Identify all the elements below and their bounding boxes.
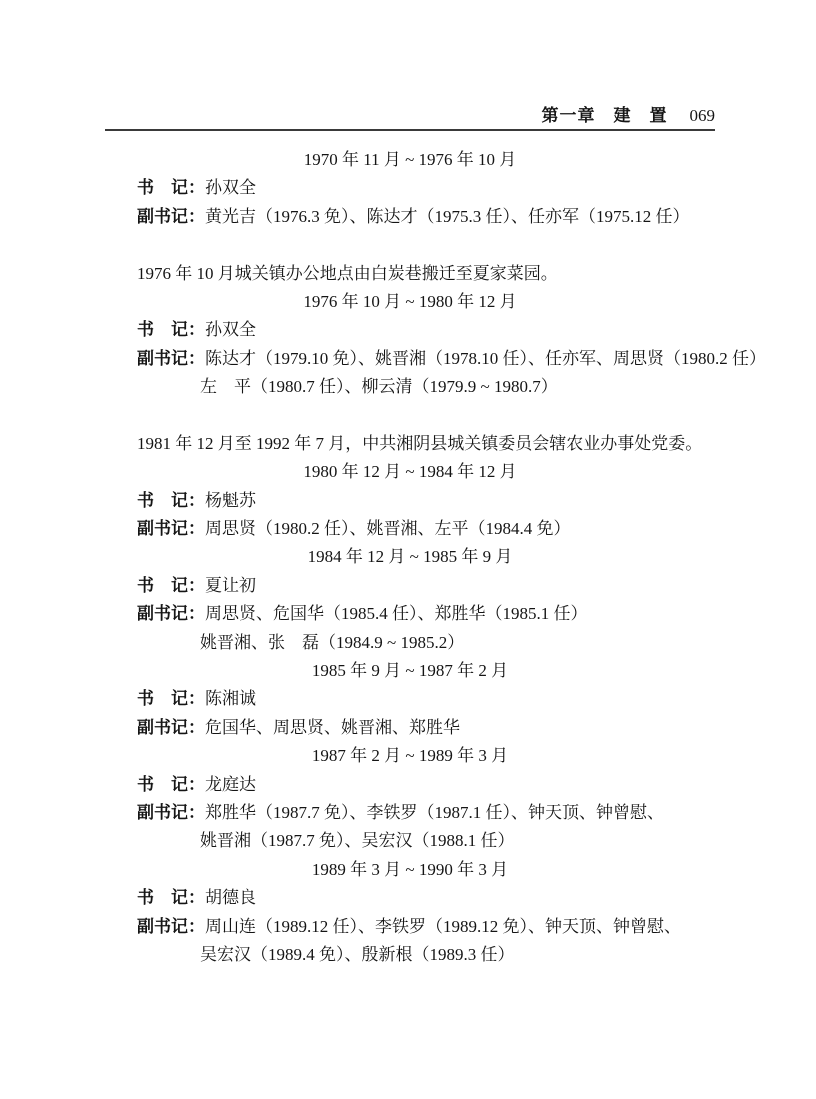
role-line: 副书记：周思贤、危国华（1985.4 任）、郑胜华（1985.1 任）	[105, 600, 715, 628]
role-line: 书 记：杨魁苏	[105, 487, 715, 515]
note-paragraph: 1976 年 10 月城关镇办公地点由白炭巷搬迁至夏家菜园。	[105, 260, 715, 288]
role-names: 周思贤（1980.2 任）、姚晋湘、左平（1984.4 免）	[205, 519, 571, 538]
continuation-line: 姚晋湘、张 磊（1984.9 ~ 1985.2）	[105, 629, 715, 657]
role-names: 陈湘诚	[205, 689, 256, 708]
role-line: 书 记：孙双全	[105, 174, 715, 202]
page-number: 069	[690, 106, 716, 126]
running-header: 第一章 建 置 069	[105, 0, 715, 131]
role-line: 副书记：陈达才（1979.10 免）、姚晋湘（1978.10 任）、任亦军、周思…	[105, 345, 715, 373]
page-body: 1970 年 11 月 ~ 1976 年 10 月书 记：孙双全副书记：黄光吉（…	[105, 146, 715, 969]
role-label: 书 记：	[137, 491, 205, 510]
role-names: 杨魁苏	[205, 491, 256, 510]
role-names: 周山连（1989.12 任）、李铁罗（1989.12 免）、钟天顶、钟曾慰、	[205, 917, 681, 936]
role-names: 孙双全	[205, 178, 256, 197]
period-heading: 1987 年 2 月 ~ 1989 年 3 月	[105, 742, 715, 770]
role-line: 副书记：危国华、周思贤、姚晋湘、郑胜华	[105, 714, 715, 742]
role-line: 书 记：陈湘诚	[105, 685, 715, 713]
period-heading: 1976 年 10 月 ~ 1980 年 12 月	[105, 288, 715, 316]
period-heading: 1984 年 12 月 ~ 1985 年 9 月	[105, 543, 715, 571]
role-label: 副书记：	[137, 803, 205, 822]
role-label: 书 记：	[137, 689, 205, 708]
continuation-line: 左 平（1980.7 任）、柳云清（1979.9 ~ 1980.7）	[105, 373, 715, 401]
role-label: 副书记：	[137, 519, 205, 538]
role-names: 危国华、周思贤、姚晋湘、郑胜华	[205, 718, 460, 737]
continuation-line: 姚晋湘（1987.7 免）、吴宏汉（1988.1 任）	[105, 827, 715, 855]
role-label: 副书记：	[137, 718, 205, 737]
role-names: 周思贤、危国华（1985.4 任）、郑胜华（1985.1 任）	[205, 604, 588, 623]
role-label: 书 记：	[137, 320, 205, 339]
role-label: 副书记：	[137, 604, 205, 623]
role-label: 书 记：	[137, 178, 205, 197]
role-names: 夏让初	[205, 576, 256, 595]
role-line: 副书记：黄光吉（1976.3 免）、陈达才（1975.3 任）、任亦军（1975…	[105, 203, 715, 231]
role-line: 书 记：胡德良	[105, 884, 715, 912]
role-label: 副书记：	[137, 349, 205, 368]
blank-line	[105, 231, 715, 259]
role-names: 孙双全	[205, 320, 256, 339]
role-names: 陈达才（1979.10 免）、姚晋湘（1978.10 任）、任亦军、周思贤（19…	[205, 349, 766, 368]
period-heading: 1980 年 12 月 ~ 1984 年 12 月	[105, 458, 715, 486]
period-heading: 1985 年 9 月 ~ 1987 年 2 月	[105, 657, 715, 685]
role-line: 副书记：周山连（1989.12 任）、李铁罗（1989.12 免）、钟天顶、钟曾…	[105, 913, 715, 941]
role-names: 龙庭达	[205, 775, 256, 794]
chapter-title: 第一章 建 置	[542, 101, 668, 126]
document-page: 第一章 建 置 069 1970 年 11 月 ~ 1976 年 10 月书 记…	[0, 0, 816, 1099]
role-label: 书 记：	[137, 775, 205, 794]
role-line: 副书记：周思贤（1980.2 任）、姚晋湘、左平（1984.4 免）	[105, 515, 715, 543]
role-label: 副书记：	[137, 917, 205, 936]
role-line: 书 记：夏让初	[105, 572, 715, 600]
role-names: 胡德良	[205, 888, 256, 907]
role-names: 郑胜华（1987.7 免）、李铁罗（1987.1 任）、钟天顶、钟曾慰、	[205, 803, 664, 822]
continuation-line: 吴宏汉（1989.4 免）、殷新根（1989.3 任）	[105, 941, 715, 969]
role-label: 副书记：	[137, 207, 205, 226]
role-line: 书 记：孙双全	[105, 316, 715, 344]
note-paragraph: 1981 年 12 月至 1992 年 7 月，中共湘阴县城关镇委员会辖农业办事…	[105, 430, 715, 458]
blank-line	[105, 402, 715, 430]
role-label: 书 记：	[137, 576, 205, 595]
role-line: 书 记：龙庭达	[105, 771, 715, 799]
period-heading: 1970 年 11 月 ~ 1976 年 10 月	[105, 146, 715, 174]
role-names: 黄光吉（1976.3 免）、陈达才（1975.3 任）、任亦军（1975.12 …	[205, 207, 690, 226]
role-label: 书 记：	[137, 888, 205, 907]
role-line: 副书记：郑胜华（1987.7 免）、李铁罗（1987.1 任）、钟天顶、钟曾慰、	[105, 799, 715, 827]
period-heading: 1989 年 3 月 ~ 1990 年 3 月	[105, 856, 715, 884]
